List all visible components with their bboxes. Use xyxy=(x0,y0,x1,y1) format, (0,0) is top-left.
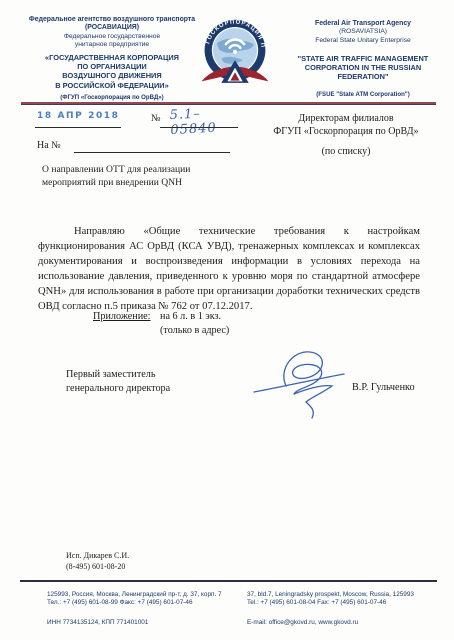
executor-block: Исп. Дикарев С.И. (8-495) 601-08-20 xyxy=(66,551,129,572)
subject-line2: мероприятий при внедрении QNH xyxy=(42,177,232,190)
signer-name: В.Р. Гульченко xyxy=(352,382,442,393)
footer-address-en: 37, bld.7, Leningradsky prospekt, Moscow… xyxy=(247,591,442,599)
attachment-label-wrap: Приложение: xyxy=(93,310,151,324)
footer-russian: 125993, Россия, Москва, Ленинградский пр… xyxy=(47,591,242,627)
enterprise-type-ru-1: Федеральное государственное xyxy=(28,33,196,41)
executor-name: Исп. Дикарев С.И. xyxy=(66,551,129,562)
date-underline xyxy=(35,127,121,128)
outgoing-number-label: № xyxy=(151,113,161,124)
attachment-note: (только в адрес) xyxy=(160,324,229,338)
addressee-list-note: (по списку) xyxy=(252,145,440,158)
subject-block: О направлении ОТТ для реализации меропри… xyxy=(42,164,232,189)
footer-divider xyxy=(20,580,437,582)
enterprise-type-ru-2: унитарное предприятие xyxy=(28,41,196,49)
footer-email: E-mail: office@gkovd.ru, www.gkovd.ru xyxy=(247,619,442,627)
executor-phone: (8-495) 601-08-20 xyxy=(66,562,129,573)
subject-line1: О направлении ОТТ для реализации xyxy=(42,164,232,177)
letter-page: Федеральное агентство воздушного транспо… xyxy=(0,0,454,640)
corporation-logo: ГОСКОРПОРАЦИЯ ПО ОрВД xyxy=(197,16,273,92)
corporation-name-en: "STATE AIR TRAFFIC MANAGEMENT CORPORATIO… xyxy=(282,54,444,82)
addressee-block: Директорам филиалов ФГУП «Госкорпорация … xyxy=(252,112,440,158)
footer-phones-en: Tel.: +7 (495) 601-08-04 Fax: +7 (495) 6… xyxy=(247,599,442,607)
corporation-logo-emblem: ГОСКОРПОРАЦИЯ ПО ОрВД xyxy=(197,16,273,92)
footer-english: 37, bld.7, Leningradsky prospekt, Moscow… xyxy=(247,591,442,627)
short-name-ru: (ФГУП «Госкорпорация по ОрВД») xyxy=(28,94,196,101)
letterhead-english: Federal Air Transport Agency (ROSAVIATSI… xyxy=(282,20,444,98)
attachment-label: Приложение: xyxy=(93,311,151,322)
date-stamp: 18 АПР 2018 xyxy=(37,111,120,121)
reply-to-label: На № xyxy=(37,140,61,151)
short-name-en: (FSUE "State ATM Corporation") xyxy=(282,91,444,98)
footer-phones-ru: Тел.: +7 (495) 601-08-99 Факс: +7 (495) … xyxy=(47,599,242,607)
agency-name-en: Federal Air Transport Agency xyxy=(282,20,444,28)
footer-address-ru: 125993, Россия, Москва, Ленинградский пр… xyxy=(47,591,242,599)
letterhead-russian: Федеральное агентство воздушного транспо… xyxy=(28,16,196,101)
attachment-details: на 6 л. в 1 экз. (только в адрес) xyxy=(160,310,229,337)
number-underline xyxy=(160,127,238,128)
body-paragraph: Направляю «Общие технические требования … xyxy=(38,225,420,314)
attachment-volume: на 6 л. в 1 экз. xyxy=(160,310,229,324)
agency-name-ru: Федеральное агентство воздушного транспо… xyxy=(28,16,196,24)
signer-position: Первый заместитель генерального директор… xyxy=(66,368,170,396)
agency-abbr-en: (ROSAVIATSIA) xyxy=(282,28,444,36)
addressee-line1: Директорам филиалов xyxy=(252,112,440,125)
reply-underline xyxy=(74,152,230,153)
corporation-name-ru: «ГОСУДАРСТВЕННАЯ КОРПОРАЦИЯ ПО ОРГАНИЗАЦ… xyxy=(28,53,196,90)
footer-tax-ids: ИНН 7734135124, КПП 771401001 xyxy=(47,619,242,627)
outgoing-number-handwritten: 5.1– 05840 xyxy=(169,104,250,138)
agency-abbr-ru: (РОСАВИАЦИЯ) xyxy=(28,24,196,32)
addressee-line2: ФГУП «Госкорпорация по ОрВД» xyxy=(252,125,440,138)
enterprise-type-en: Federal State Unitary Enterprise xyxy=(282,37,444,45)
